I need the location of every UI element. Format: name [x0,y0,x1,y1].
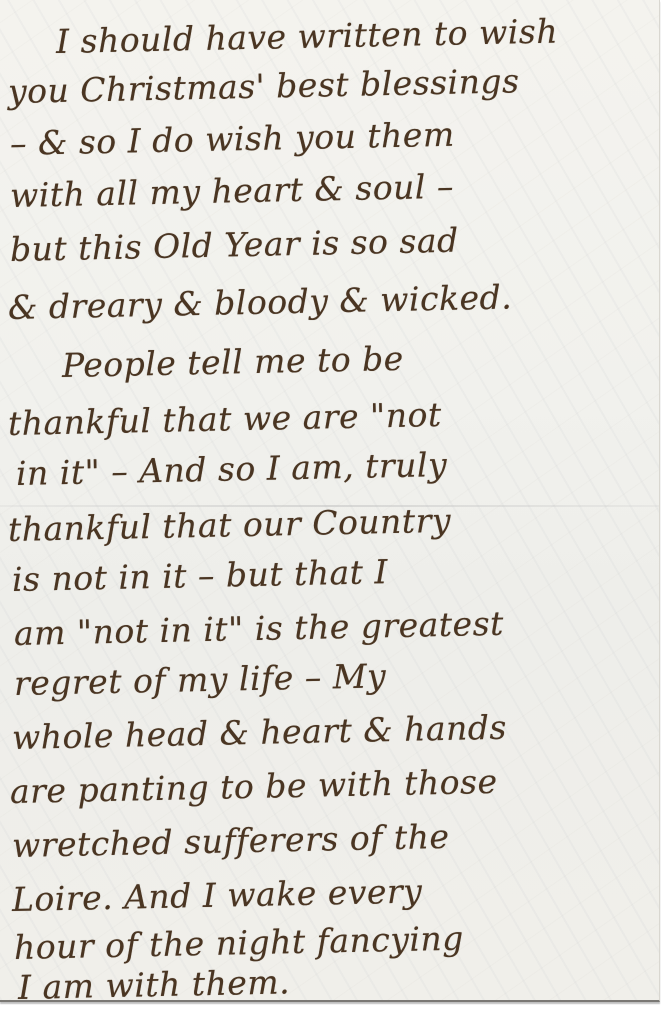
letter-line-15: are panting to be with those [10,762,498,811]
letter-line-3: – & so I do wish you them [10,115,455,163]
letter-line-13: regret of my life – My [14,656,387,703]
letter-line-16: wretched sufferers of the [12,817,450,865]
letter-line-10: thankful that our Country [8,501,452,549]
letter-line-1: I should have written to wish [56,11,559,61]
letter-line-11: is not in it – but that I [12,552,389,599]
letter-line-2: you Christmas' best blessings [8,61,520,111]
letter-line-18: hour of the night fancying [14,919,465,967]
letter-line-7: People tell me to be [62,339,405,385]
letter-page: I should have written to wish you Christ… [0,0,660,1002]
letter-line-9: in it" – And so I am, truly [16,445,448,493]
letter-line-5: but this Old Year is so sad [10,221,459,269]
letter-line-17: Loire. And I wake every [12,871,423,919]
letter-line-14: whole head & heart & hands [12,708,508,757]
letter-line-12: am "not in it" is the greatest [14,604,505,653]
letter-line-8: thankful that we are "not [8,395,442,443]
letter-line-6: & dreary & bloody & wicked. [8,277,513,327]
letter-line-19: I am with them. [18,962,291,1007]
letter-line-4: with all my heart & soul – [10,167,455,215]
